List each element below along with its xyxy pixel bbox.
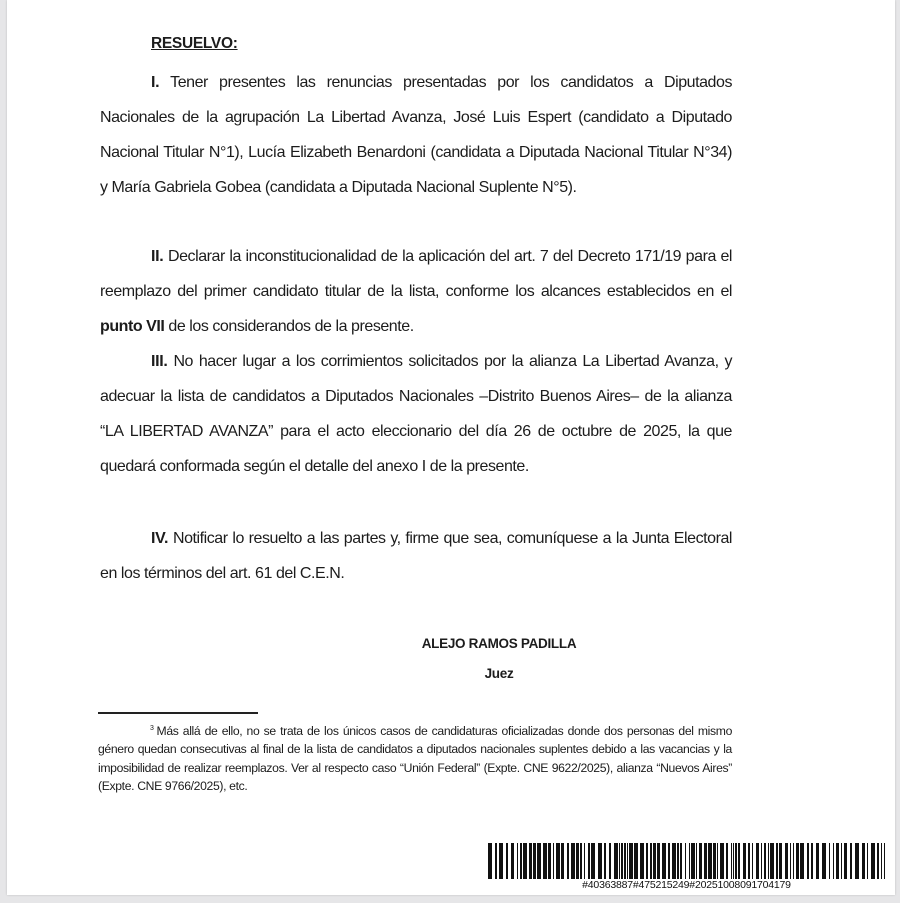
footnote-separator bbox=[98, 712, 258, 714]
item-text: de los considerandos de la presente. bbox=[168, 318, 413, 335]
item-text: Notificar lo resuelto a las partes y, fi… bbox=[100, 530, 732, 582]
resolution-item-3: III. No hacer lugar a los corrimientos s… bbox=[100, 344, 732, 484]
item-number: II. bbox=[151, 248, 163, 265]
barcode-number: #40363887#475215249#20251008091704179 bbox=[488, 879, 885, 891]
resolution-item-2: II. Declarar la inconstitucionalidad de … bbox=[100, 239, 732, 344]
item-number: III. bbox=[151, 353, 168, 370]
resolution-item-4: IV. Notificar lo resuelto a las partes y… bbox=[100, 521, 732, 591]
item-text: No hacer lugar a los corrimientos solici… bbox=[100, 353, 732, 475]
item-text: Declarar la inconstitucionalidad de la a… bbox=[100, 248, 732, 300]
item-text: Tener presentes las renuncias presentada… bbox=[100, 74, 732, 196]
document-barcode: #40363887#475215249#20251008091704179 bbox=[488, 843, 885, 891]
footnote: 3Más allá de ello, no se trata de los ún… bbox=[98, 720, 732, 795]
item-text-bold: punto VII bbox=[100, 318, 164, 335]
document-page: RESUELVO: I. Tener presentes las renunci… bbox=[7, 0, 895, 895]
signer-name: ALEJO RAMOS PADILLA bbox=[399, 636, 599, 651]
item-number: IV. bbox=[151, 530, 168, 547]
resolution-item-1: I. Tener presentes las renuncias present… bbox=[100, 65, 732, 205]
footnote-marker: 3 bbox=[150, 725, 154, 732]
signer-title: Juez bbox=[399, 666, 599, 681]
footnote-text: Más allá de ello, no se trata de los úni… bbox=[98, 724, 732, 793]
barcode-bars bbox=[488, 843, 885, 879]
item-number: I. bbox=[151, 74, 159, 91]
resolution-heading: RESUELVO: bbox=[151, 35, 238, 53]
